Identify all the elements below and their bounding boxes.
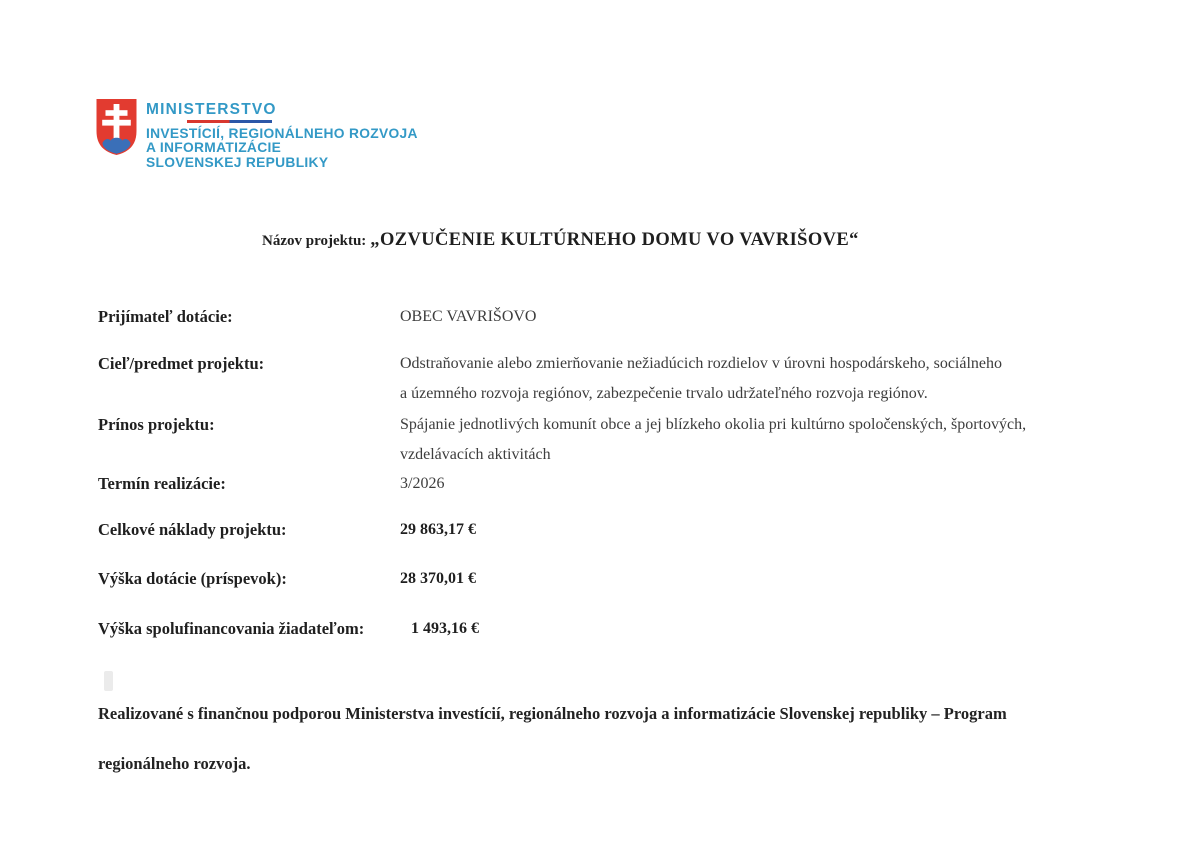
- field-label: Prínos projektu:: [98, 410, 400, 440]
- field-value: Spájanie jednotlivých komunít obce a jej…: [400, 410, 1026, 470]
- field-row-grant-amount: Výška dotácie (príspevok): 28 370,01 €: [98, 564, 1108, 594]
- ministry-logo-text: MINISTERSTVO INVESTÍCIÍ, REGIONÁLNEHO RO…: [146, 101, 418, 171]
- field-value: 1 493,16 €: [400, 614, 479, 644]
- slovak-coat-of-arms-icon: [95, 98, 138, 156]
- field-value-line: 1 493,16 €: [411, 614, 479, 644]
- field-value-line: 28 370,01 €: [400, 564, 476, 594]
- field-value-line: Odstraňovanie alebo zmierňovanie nežiadú…: [400, 349, 1002, 379]
- field-value: 29 863,17 €: [400, 515, 476, 545]
- document-page: MINISTERSTVO INVESTÍCIÍ, REGIONÁLNEHO RO…: [0, 0, 1200, 849]
- field-row-cofinancing: Výška spolufinancovania žiadateľom: 1 49…: [98, 614, 1108, 644]
- field-row-total-costs: Celkové náklady projektu: 29 863,17 €: [98, 515, 1108, 545]
- field-label: Cieľ/predmet projektu:: [98, 349, 400, 379]
- field-value-line: Spájanie jednotlivých komunít obce a jej…: [400, 410, 1026, 440]
- project-title: Názov projektu: „OZVUČENIE KULTÚRNEHO DO…: [262, 225, 859, 256]
- ministry-logo: MINISTERSTVO INVESTÍCIÍ, REGIONÁLNEHO RO…: [95, 98, 418, 171]
- field-value-line: vzdelávacích aktivitách: [400, 440, 1026, 470]
- field-label: Výška dotácie (príspevok):: [98, 564, 400, 594]
- field-value-line: 3/2026: [400, 469, 444, 499]
- funding-acknowledgement-line: Realizované s finančnou podporou Ministe…: [98, 699, 1088, 749]
- field-value: 28 370,01 €: [400, 564, 476, 594]
- field-label: Prijímateľ dotácie:: [98, 302, 400, 332]
- field-label: Výška spolufinancovania žiadateľom:: [98, 614, 400, 644]
- ministry-name-line3: A INFORMATIZÁCIE: [146, 141, 418, 156]
- ministry-name-line4: SLOVENSKEJ REPUBLIKY: [146, 156, 418, 171]
- project-title-value: „OZVUČENIE KULTÚRNEHO DOMU VO VAVRIŠOVE“: [370, 230, 859, 250]
- field-label: Termín realizácie:: [98, 469, 400, 499]
- project-title-label: Názov projektu:: [262, 233, 366, 249]
- ministry-name: MINISTERSTVO: [146, 101, 418, 118]
- field-row-goal: Cieľ/predmet projektu: Odstraňovanie ale…: [98, 349, 1108, 409]
- logo-underline: [187, 120, 272, 123]
- field-row-recipient: Prijímateľ dotácie: OBEC VAVRIŠOVO: [98, 302, 1108, 332]
- funding-acknowledgement-line: regionálneho rozvoja.: [98, 749, 1088, 799]
- field-value-line: OBEC VAVRIŠOVO: [400, 302, 536, 332]
- funding-acknowledgement: Realizované s finančnou podporou Ministe…: [98, 699, 1088, 799]
- field-value-line: a územného rozvoja regiónov, zabezpečeni…: [400, 379, 1002, 409]
- field-value: OBEC VAVRIŠOVO: [400, 302, 536, 332]
- field-row-deadline: Termín realizácie: 3/2026: [98, 469, 1108, 499]
- field-value: Odstraňovanie alebo zmierňovanie nežiadú…: [400, 349, 1002, 409]
- field-value: 3/2026: [400, 469, 444, 499]
- field-label: Celkové náklady projektu:: [98, 515, 400, 545]
- field-value-line: 29 863,17 €: [400, 515, 476, 545]
- field-row-benefit: Prínos projektu: Spájanie jednotlivých k…: [98, 410, 1108, 470]
- scan-artifact: [104, 671, 113, 691]
